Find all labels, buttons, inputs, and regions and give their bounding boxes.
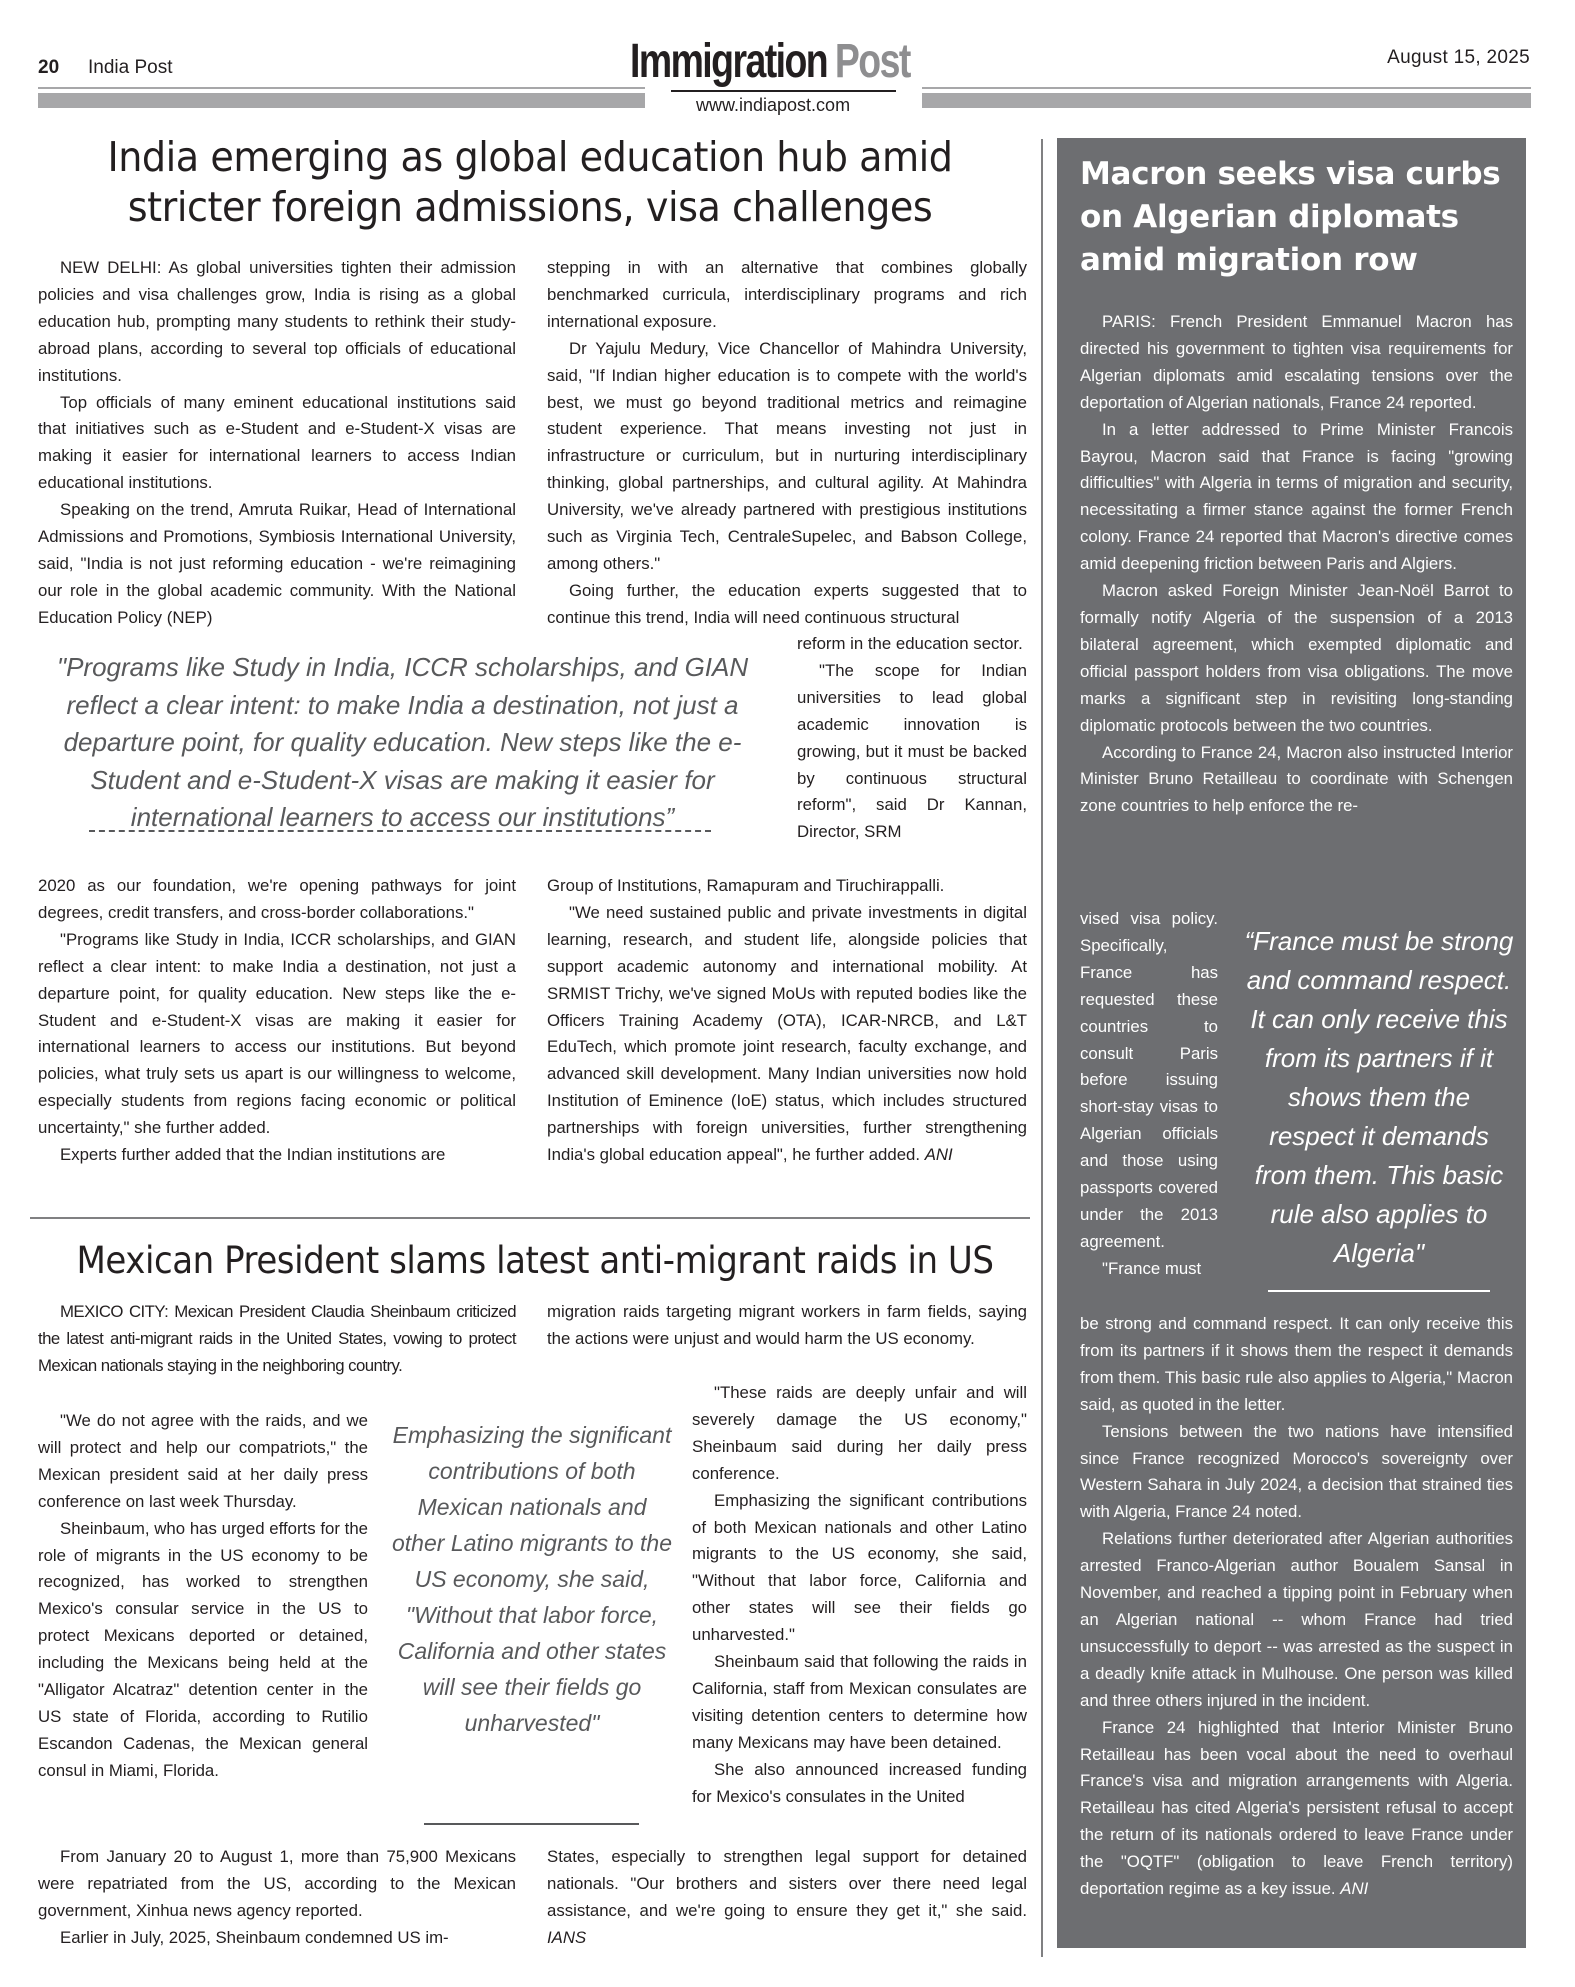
news-agency-credit: ANI: [925, 1145, 953, 1164]
body-column-1: MEXICO CITY: Mexican President Claudia S…: [38, 1299, 516, 1380]
sidebar-headline: Macron seeks visa curbs on Algerian dipl…: [1080, 153, 1510, 282]
paragraph: Speaking on the trend, Amruta Ruikar, He…: [38, 497, 516, 632]
pull-quote-dashed-rule: [89, 830, 711, 832]
pull-quote-rule: [1268, 1290, 1490, 1292]
paragraph: She also announced increased funding for…: [692, 1757, 1027, 1811]
paragraph: Dr Yajulu Medury, Vice Chancellor of Mah…: [547, 336, 1027, 578]
article-divider: [30, 1217, 1030, 1219]
paragraph: PARIS: French President Emmanuel Macron …: [1080, 309, 1513, 417]
masthead-rule-right-thin: [922, 87, 1531, 89]
logo-underline: [671, 90, 896, 92]
paragraph: "The scope for Indian universities to le…: [797, 658, 1027, 846]
paragraph: reform in the education sector.: [797, 631, 1027, 658]
pull-quote-rule: [424, 1823, 639, 1825]
paragraph: Top officials of many eminent educationa…: [38, 390, 516, 498]
paragraph: "France must: [1080, 1256, 1218, 1283]
body-column-1-bottom: From January 20 to August 1, more than 7…: [38, 1844, 516, 1952]
body-column-2-continued: Group of Institutions, Ramapuram and Tir…: [547, 873, 1027, 1169]
headline-line-1: India emerging as global education hub a…: [107, 133, 952, 181]
body-column-1: NEW DELHI: As global universities tighte…: [38, 255, 516, 632]
pull-quote: "Programs like Study in India, ICCR scho…: [30, 649, 775, 837]
paragraph: Experts further added that the Indian in…: [38, 1142, 516, 1169]
paragraph: "We do not agree with the raids, and we …: [38, 1408, 368, 1516]
body-column-1-narrow: "We do not agree with the raids, and we …: [38, 1408, 368, 1785]
sidebar-body-bottom: be strong and command respect. It can on…: [1080, 1311, 1513, 1903]
body-column-2: stepping in with an alternative that com…: [547, 255, 1027, 632]
paragraph: States, especially to strengthen legal s…: [547, 1844, 1027, 1952]
body-column-2: migration raids targeting migrant worker…: [547, 1299, 1027, 1353]
paragraph: Tensions between the two nations have in…: [1080, 1419, 1513, 1527]
paragraph: According to France 24, Macron also inst…: [1080, 740, 1513, 821]
body-column-2-bottom: States, especially to strengthen legal s…: [547, 1844, 1027, 1952]
paragraph: In a letter addressed to Prime Minister …: [1080, 417, 1513, 578]
paragraph: Relations further deteriorated after Alg…: [1080, 1526, 1513, 1714]
logo-word-post: Post: [835, 38, 910, 86]
paragraph: Sheinbaum, who has urged efforts for the…: [38, 1516, 368, 1785]
paragraph: 2020 as our foundation, we're opening pa…: [38, 873, 516, 927]
masthead: 20 India Post Immigration Post August 15…: [0, 0, 1575, 125]
sidebar-body-top: PARIS: French President Emmanuel Macron …: [1080, 309, 1513, 820]
masthead-rule-right-thick: [922, 93, 1531, 108]
paragraph: From January 20 to August 1, more than 7…: [38, 1844, 516, 1925]
body-column-2-narrow: reform in the education sector. "The sco…: [797, 631, 1027, 846]
website-link[interactable]: www.indiapost.com: [696, 95, 850, 116]
pull-quote: “France must be strong and command respe…: [1244, 922, 1514, 1273]
paragraph: "Programs like Study in India, ICCR scho…: [38, 927, 516, 1142]
page-number: 20: [38, 57, 59, 79]
news-agency-credit: ANI: [1340, 1879, 1368, 1898]
body-column-1-continued: 2020 as our foundation, we're opening pa…: [38, 873, 516, 1169]
section-name: India Post: [88, 57, 173, 79]
paragraph: Emphasizing the significant contribution…: [692, 1488, 1027, 1649]
sidebar-body-narrow: vised visa policy. Specifically, France …: [1080, 906, 1218, 1283]
paragraph: migration raids targeting migrant worker…: [547, 1299, 1027, 1353]
masthead-rule-left-thin: [38, 87, 645, 89]
sidebar-divider: [1041, 139, 1043, 1957]
pull-quote: Emphasizing the significant contribution…: [392, 1417, 672, 1741]
logo-word-immigration: Immigration: [630, 38, 827, 86]
paragraph: vised visa policy. Specifically, France …: [1080, 906, 1218, 1256]
paragraph: "These raids are deeply unfair and will …: [692, 1380, 1027, 1488]
publication-date: August 15, 2025: [1387, 47, 1530, 69]
paragraph: Group of Institutions, Ramapuram and Tir…: [547, 873, 1027, 900]
masthead-rule-left-thick: [38, 93, 645, 108]
paragraph: France 24 highlighted that Interior Mini…: [1080, 1715, 1513, 1903]
headline-line-2: stricter foreign admissions, visa challe…: [128, 183, 933, 231]
paragraph: Earlier in July, 2025, Sheinbaum condemn…: [38, 1925, 516, 1952]
body-column-2-narrow: "These raids are deeply unfair and will …: [692, 1380, 1027, 1811]
paragraph: stepping in with an alternative that com…: [547, 255, 1027, 336]
paragraph: Macron asked Foreign Minister Jean-Noël …: [1080, 578, 1513, 739]
paragraph: MEXICO CITY: Mexican President Claudia S…: [38, 1299, 516, 1380]
paragraph: Going further, the education experts sug…: [547, 578, 1027, 632]
paragraph: Sheinbaum said that following the raids …: [692, 1649, 1027, 1757]
publication-logo: Immigration Post: [630, 36, 910, 86]
article-headline: India emerging as global education hub a…: [65, 132, 995, 232]
news-agency-credit: IANS: [547, 1928, 586, 1947]
paragraph: NEW DELHI: As global universities tighte…: [38, 255, 516, 390]
article-headline: Mexican President slams latest anti-migr…: [70, 1236, 999, 1286]
paragraph: "We need sustained public and private in…: [547, 900, 1027, 1169]
paragraph: be strong and command respect. It can on…: [1080, 1311, 1513, 1419]
